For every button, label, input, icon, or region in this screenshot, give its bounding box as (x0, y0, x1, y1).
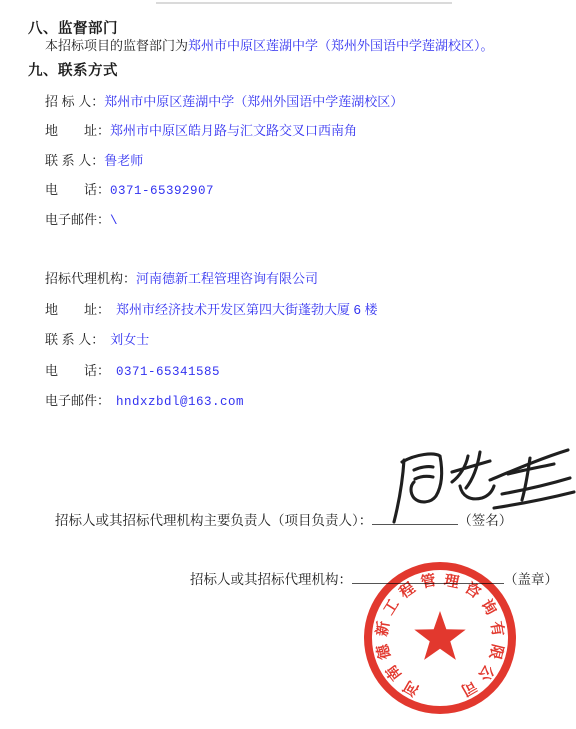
field-value: 0371-65392907 (110, 184, 214, 198)
handwritten-signature (390, 446, 576, 530)
field-value: hndxzbdl@163.com (116, 395, 244, 409)
agency-address-row: 地 址：郑州市经济技术开发区第四大街蓬勃大厦 6 楼 (45, 299, 377, 318)
agency-email-row: 电子邮件：hndxzbdl@163.com (45, 390, 244, 409)
field-label: 联 系 人： (45, 332, 104, 347)
field-label: 招 标 人： (45, 94, 104, 109)
seal-line-label: 招标人或其招标代理机构： (190, 572, 352, 587)
supervision-department-value: 郑州市中原区莲湖中学（郑州外国语中学莲湖校区）。 (188, 38, 494, 53)
field-label: 电 话： (45, 363, 110, 378)
agency-contact-row: 联 系 人：刘女士 (45, 329, 149, 348)
field-label: 招标代理机构： (45, 271, 136, 286)
field-label: 电子邮件： (45, 212, 110, 227)
field-value: 河南德新工程管理咨询有限公司 (136, 271, 318, 286)
company-seal-stamp: 河南德新工程管理咨询有限公司 (358, 556, 522, 720)
tenderer-phone-row: 电 话：0371-65392907 (45, 179, 214, 198)
svg-text:新: 新 (373, 620, 393, 638)
svg-text:德: 德 (373, 641, 394, 661)
field-value: 郑州市经济技术开发区第四大街蓬勃大厦 6 楼 (116, 302, 377, 317)
top-page-rule (156, 2, 452, 4)
field-label: 地 址： (45, 302, 110, 317)
tenderer-contact-row: 联 系 人：鲁老师 (45, 150, 143, 169)
field-label: 地 址： (45, 123, 110, 138)
section-8-body: 本招标项目的监督部门为郑州市中原区莲湖中学（郑州外国语中学莲湖校区）。 (45, 35, 494, 54)
supervision-text: 本招标项目的监督部门为 (45, 38, 188, 53)
field-label: 电 话： (45, 182, 110, 197)
field-value: 郑州市中原区莲湖中学（郑州外国语中学莲湖校区） (104, 94, 403, 109)
svg-text:理: 理 (442, 572, 461, 592)
signature-line-label: 招标人或其招标代理机构主要负责人（项目负责人）： (55, 513, 372, 528)
field-value: 刘女士 (110, 332, 149, 347)
field-value: 0371-65341585 (116, 365, 220, 379)
svg-text:限: 限 (486, 642, 507, 661)
field-label: 电子邮件： (45, 393, 110, 408)
agency-phone-row: 电 话：0371-65341585 (45, 360, 220, 379)
section-9-heading: 九、联系方式 (28, 59, 118, 80)
star-icon (414, 611, 465, 660)
tenderer-address-row: 地 址：郑州市中原区皓月路与汇文路交叉口西南角 (45, 120, 357, 139)
tenderer-name-row: 招 标 人：郑州市中原区莲湖中学（郑州外国语中学莲湖校区） (45, 91, 403, 110)
agency-name-row: 招标代理机构：河南德新工程管理咨询有限公司 (45, 268, 318, 287)
svg-text:有: 有 (487, 620, 507, 638)
field-value: 鲁老师 (104, 153, 143, 168)
field-label: 联 系 人： (45, 153, 104, 168)
tenderer-email-row: 电子邮件：\ (45, 209, 118, 228)
field-value: \ (110, 214, 118, 228)
field-value: 郑州市中原区皓月路与汇文路交叉口西南角 (110, 123, 357, 138)
svg-text:管: 管 (419, 571, 437, 592)
